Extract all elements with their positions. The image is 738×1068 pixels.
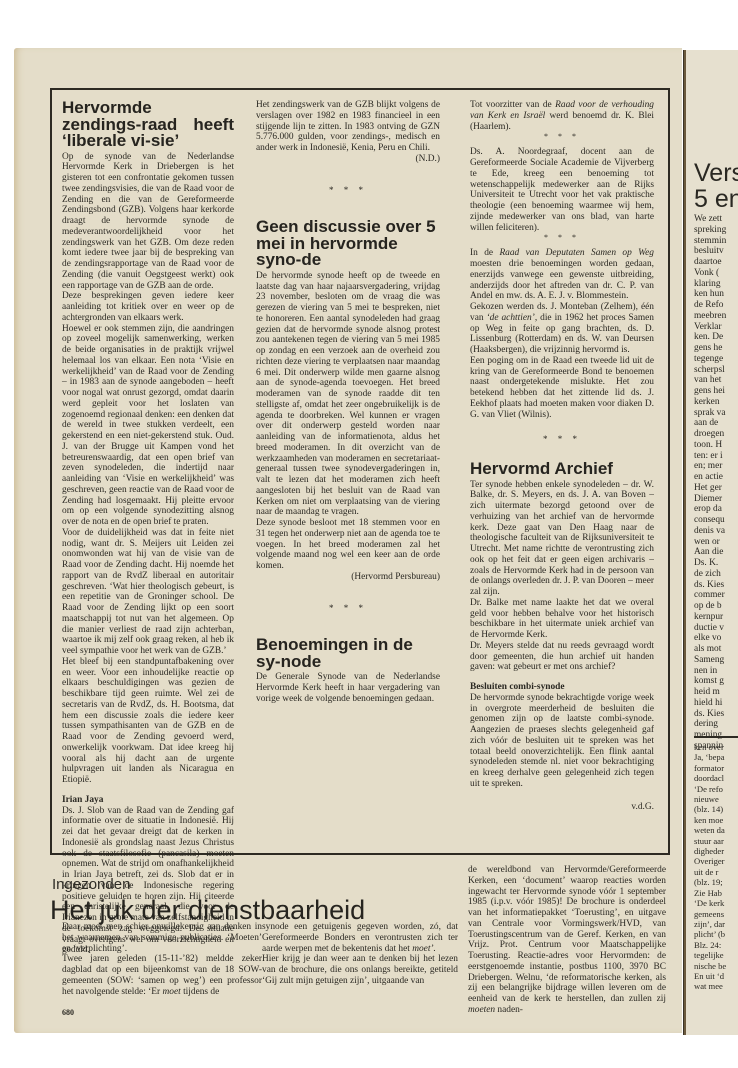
facing-page-lower-text: ken overJa, ‘bepaformatordoordacl‘De ref… — [694, 742, 738, 992]
text-line: We zett — [694, 214, 738, 225]
paragraph-sow: In de Raad van Deputaten Samen op Weg mo… — [470, 248, 654, 302]
separator-stars: * * * — [470, 133, 654, 141]
text-line: nen in — [694, 666, 738, 677]
text-line: commer — [694, 590, 738, 601]
facing-page-text: We zettsprekingstemminbesluitvdaartoeVon… — [694, 214, 738, 752]
paragraph: Dr. Balke met name laakte het dat we ove… — [470, 598, 654, 641]
text-line: Ja, ‘bepa — [694, 752, 738, 762]
text-line: Diemer — [694, 494, 738, 505]
text-line: gens hei — [694, 386, 738, 397]
text-line: sprak va — [694, 408, 738, 419]
text-line: dering — [694, 719, 738, 730]
text-line: hield hi — [694, 698, 738, 709]
lower-column-3: de wereldbond van Hervormde/Gereformeerd… — [468, 865, 666, 1016]
paragraph: Deze synode besloot met 18 stemmen voor … — [256, 518, 440, 572]
article-title-archief: Hervormd Archief — [470, 461, 654, 478]
lower-column-2: synode een getuigenis gegeven worden, zó… — [262, 922, 458, 987]
text-line: ken moe — [694, 815, 738, 825]
text-line: Aan die — [694, 547, 738, 558]
signature: (N.D.) — [256, 154, 440, 165]
text-line: spreking — [694, 225, 738, 236]
text-line: ductie v — [694, 623, 738, 634]
text-line: Zie Hab — [694, 888, 738, 898]
paragraph: De hervormde synode bekrachtigde vorige … — [470, 693, 654, 790]
text-line: Verklar — [694, 322, 738, 333]
text-line: en actie — [694, 472, 738, 483]
paragraph: Ds. A. Noordegraaf, docent aan de Gerefo… — [470, 147, 654, 233]
text-line: zijn’, dar — [694, 919, 738, 929]
paragraph: Twee jaren geleden (15-11-’82) meldde ze… — [62, 954, 262, 997]
text-line: besluitv — [694, 246, 738, 257]
facing-page-title: Vers 5 en — [694, 160, 738, 212]
text-line: kerken — [694, 397, 738, 408]
text-line: van het — [694, 375, 738, 386]
text-line: stemmin — [694, 236, 738, 247]
text-line: formator — [694, 763, 738, 773]
text-line: kernpur — [694, 612, 738, 623]
text-line: Blz. 24: — [694, 940, 738, 950]
text-line: ‘De refo — [694, 784, 738, 794]
text-line: Vonk ( — [694, 268, 738, 279]
text-line: doordacl — [694, 773, 738, 783]
paragraph: Een poging om in de Raad een tweede lid … — [470, 356, 654, 421]
text-line: erop da — [694, 504, 738, 515]
text-line: (blz. 19; — [694, 877, 738, 887]
text-line: uit de r — [694, 867, 738, 877]
signature: v.d.G. — [470, 802, 654, 813]
box-column-2: Het zendingswerk van de GZB blijkt volge… — [256, 100, 440, 705]
text-line: Ds. K. — [694, 558, 738, 569]
text-line: komst g — [694, 676, 738, 687]
paragraph: Deze besprekingen geven iedere keer aanl… — [62, 291, 234, 323]
text-line: denis va — [694, 526, 738, 537]
paragraph: Daar moet men schier onwillekeurig aan d… — [62, 922, 262, 954]
text-line: de Refo — [694, 300, 738, 311]
box-column-1: Hervormde zendings-raad heeft ‘liberale … — [62, 100, 234, 956]
text-line: op de b — [694, 601, 738, 612]
lower-column-1: Daar moet men schier onwillekeurig aan d… — [62, 922, 262, 997]
text-line: heid m — [694, 687, 738, 698]
text-line: ken. De — [694, 332, 738, 343]
text-line: weten da — [694, 825, 738, 835]
paragraph-voorzitter: Tot voorzitter van de Raad voor de verho… — [470, 100, 654, 132]
text-line: scherpsl — [694, 365, 738, 376]
text-line: consequ — [694, 515, 738, 526]
facing-page-rule — [694, 736, 738, 738]
text-line: elke vo — [694, 633, 738, 644]
text-line: wen or — [694, 537, 738, 548]
text-line: plicht’ (b — [694, 929, 738, 939]
text-line: stuur aar — [694, 836, 738, 846]
paragraph: Hier krijg je dan weer aan te denken bij… — [262, 954, 458, 986]
text-line: wat mee — [694, 981, 738, 991]
text-line: nische be — [694, 961, 738, 971]
paragraph: De Generale Synode van de Nederlandse He… — [256, 672, 440, 704]
text-line: als mot — [694, 644, 738, 655]
subheading-irian-jaya: Irian Jaya — [62, 795, 234, 806]
separator-stars: * * * — [470, 234, 654, 242]
subheading-combi-synode: Besluiten combi-synode — [470, 682, 654, 693]
text-line: tegenge — [694, 354, 738, 365]
paragraph: De hervormde synode heeft op de tweede e… — [256, 271, 440, 518]
paragraph: Het zendingswerk van de GZB blijkt volge… — [256, 100, 440, 154]
text-line: En uit ‘d — [694, 971, 738, 981]
article-title-5-mei: Geen discussie over 5 mei in hervormde s… — [256, 219, 440, 269]
text-line: gens he — [694, 343, 738, 354]
article-title-zendingsraad: Hervormde zendings-raad heeft ‘liberale … — [62, 100, 234, 150]
paragraph: de wereldbond van Hervormde/Gereformeerd… — [468, 865, 666, 1016]
text-line: (blz. 14) — [694, 804, 738, 814]
text-line: droegen — [694, 429, 738, 440]
page-number: 680 — [62, 1008, 74, 1017]
text-line: klaring — [694, 279, 738, 290]
text-line: ds. Kies — [694, 580, 738, 591]
text-line: ken over — [694, 742, 738, 752]
text-line: toon. H — [694, 440, 738, 451]
article-title-benoemingen: Benoemingen in de sy-node — [256, 637, 440, 670]
text-line: de zich — [694, 569, 738, 580]
paragraph: Voor de duidelijkheid was dat in feite n… — [62, 528, 234, 657]
separator-stars: * * * — [470, 434, 654, 445]
paragraph: Dr. Meyers stelde dat nu reeds gevraagd … — [470, 641, 654, 673]
text-line: digheder — [694, 846, 738, 856]
paragraph: Ter synode hebben enkele synodeleden – d… — [470, 480, 654, 598]
text-line: daartoe — [694, 257, 738, 268]
text-line: ten: er i — [694, 451, 738, 462]
text-line: en; mer — [694, 461, 738, 472]
paragraph: synode een getuigenis gegeven worden, zó… — [262, 922, 458, 954]
separator-stars: * * * — [256, 603, 440, 614]
paragraph-gekozen: Gekozen werden ds. J. Monteban (Zelhem),… — [470, 302, 654, 356]
text-line: Het ger — [694, 483, 738, 494]
paragraph: Hoewel er ook stemmen zijn, die aandring… — [62, 324, 234, 528]
text-line: Sameng — [694, 655, 738, 666]
separator-stars: * * * — [256, 185, 440, 196]
text-line: ds. Kies — [694, 709, 738, 720]
text-line: aan de — [694, 418, 738, 429]
text-line: tegelijke — [694, 950, 738, 960]
text-line: meebren — [694, 311, 738, 322]
text-line: gemeens — [694, 909, 738, 919]
text-line: ‘De kerk — [694, 898, 738, 908]
text-line: nieuwe — [694, 794, 738, 804]
text-line: Overiger — [694, 856, 738, 866]
text-line: ken hun — [694, 289, 738, 300]
paragraph: Op de synode van de Nederlandse Hervormd… — [62, 152, 234, 292]
paragraph: Het bleef bij een standpuntafbakening ov… — [62, 657, 234, 786]
signature: (Hervormd Persbureau) — [256, 572, 440, 583]
box-column-3: Tot voorzitter van de Raad voor de verho… — [470, 100, 654, 812]
